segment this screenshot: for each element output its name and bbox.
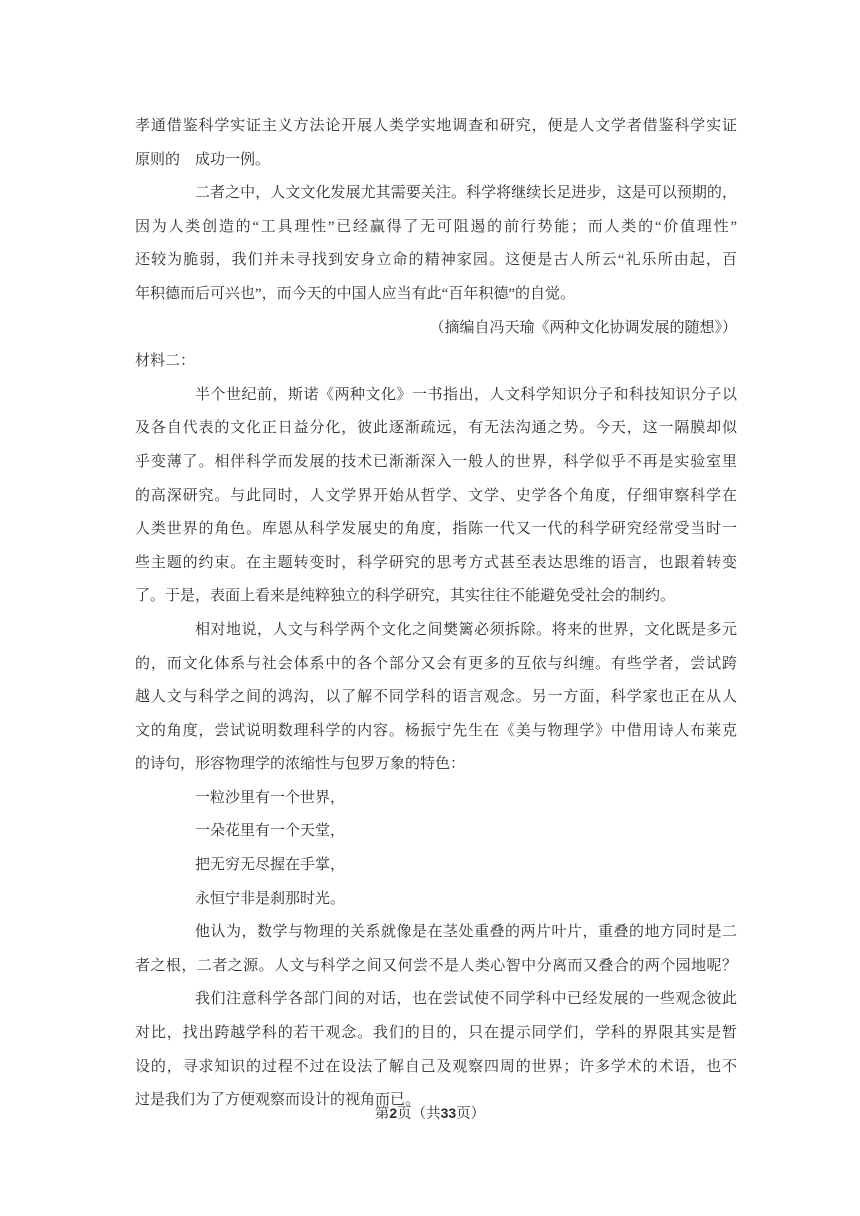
text-line: 的高深研究。与此同时，人文学界开始从哲学、文学、史学各个角度，仔细审察科学在: [135, 480, 737, 514]
text-line: 半个世纪前，斯诺《两种文化》一书指出，人文科学知识分子和科技知识分子以: [135, 379, 737, 413]
footer-prefix: 第: [375, 1106, 390, 1122]
footer-middle: 页（共: [397, 1106, 441, 1122]
text-line: 对比，找出跨越学科的若干观念。我们的目的，只在提示同学们，学科的界限其实是暂: [135, 1017, 737, 1051]
text-line: 孝通借鉴科学实证主义方法论开展人类学实地调查和研究，便是人文学者借鉴科学实证: [135, 110, 737, 144]
text-line: 者之根，二者之源。人文与科学之间又何尝不是人类心智中分离而又叠合的两个园地呢？: [135, 950, 737, 984]
text-line: 些主题的约束。在主题转变时，科学研究的思考方式甚至表达思维的语言，也跟着转变: [135, 547, 737, 581]
text-line: 我们注意科学各部门间的对话，也在尝试使不同学科中已经发展的一些观念彼此: [135, 983, 737, 1017]
text-line: 乎变薄了。相伴科学而发展的技术已渐渐深入一般人的世界，科学似乎不再是实验室里: [135, 446, 737, 480]
text-line: 的诗句，形容物理学的浓缩性与包罗万象的特色：: [135, 748, 737, 782]
total-pages: 33: [441, 1105, 457, 1121]
document-page: { "page": { "background": "#ffffff", "te…: [0, 0, 860, 1216]
section-label: 材料二：: [135, 345, 737, 379]
attribution-line: （摘编自冯天瑜《两种文化协调发展的随想》）: [135, 312, 737, 346]
document-body: 孝通借鉴科学实证主义方法论开展人类学实地调查和研究，便是人文学者借鉴科学实证 原…: [135, 110, 737, 1118]
page-footer: 第2页（共33页）: [0, 1101, 860, 1126]
text-line: 文的角度，尝试说明数理科学的内容。杨振宁先生在《美与物理学》中借用诗人布莱克: [135, 715, 737, 749]
text-line: 的，而文化体系与社会体系中的各个部分又会有更多的互依与纠缠。有些学者，尝试跨: [135, 648, 737, 682]
text-line: 原则的 成功一例。: [135, 144, 737, 178]
poem-line: 永恒宁非是刹那时光。: [135, 883, 737, 917]
text-line: 人类世界的角色。库恩从科学发展史的角度，指陈一代又一代的科学研究经常受当时一: [135, 513, 737, 547]
page-number: 2: [389, 1105, 397, 1121]
footer-suffix: 页）: [456, 1106, 485, 1122]
text-line: 年积德而后可兴也”，而今天的中国人应当有此“百年积德”的自觉。: [135, 278, 737, 312]
text-line: 还较为脆弱，我们并未寻找到安身立命的精神家园。这便是古人所云“礼乐所由起，百: [135, 244, 737, 278]
poem-line: 一朵花里有一个天堂，: [135, 815, 737, 849]
text-line: 相对地说，人文与科学两个文化之间樊篱必须拆除。将来的世界，文化既是多元: [135, 614, 737, 648]
text-line: 因为人类创造的“工具理性”已经赢得了无可阻遏的前行势能；而人类的“价值理性”: [135, 211, 737, 245]
text-line: 二者之中，人文文化发展尤其需要关注。科学将继续长足进步，这是可以预期的，: [135, 177, 737, 211]
poem-line: 把无穷无尽握在手掌，: [135, 849, 737, 883]
text-line: 他认为，数学与物理的关系就像是在茎处重叠的两片叶片，重叠的地方同时是二: [135, 916, 737, 950]
text-line: 了。于是，表面上看来是纯粹独立的科学研究，其实往往不能避免受社会的制约。: [135, 580, 737, 614]
text-line: 越人文与科学之间的鸿沟，以了解不同学科的语言观念。另一方面，科学家也正在从人: [135, 681, 737, 715]
text-line: 及各自代表的文化正日益分化，彼此逐渐疏远，有无法沟通之势。今天，这一隔膜却似: [135, 412, 737, 446]
text-line: 设的，寻求知识的过程不过在设法了解自己及观察四周的世界；许多学术的术语，也不: [135, 1051, 737, 1085]
poem-line: 一粒沙里有一个世界，: [135, 782, 737, 816]
